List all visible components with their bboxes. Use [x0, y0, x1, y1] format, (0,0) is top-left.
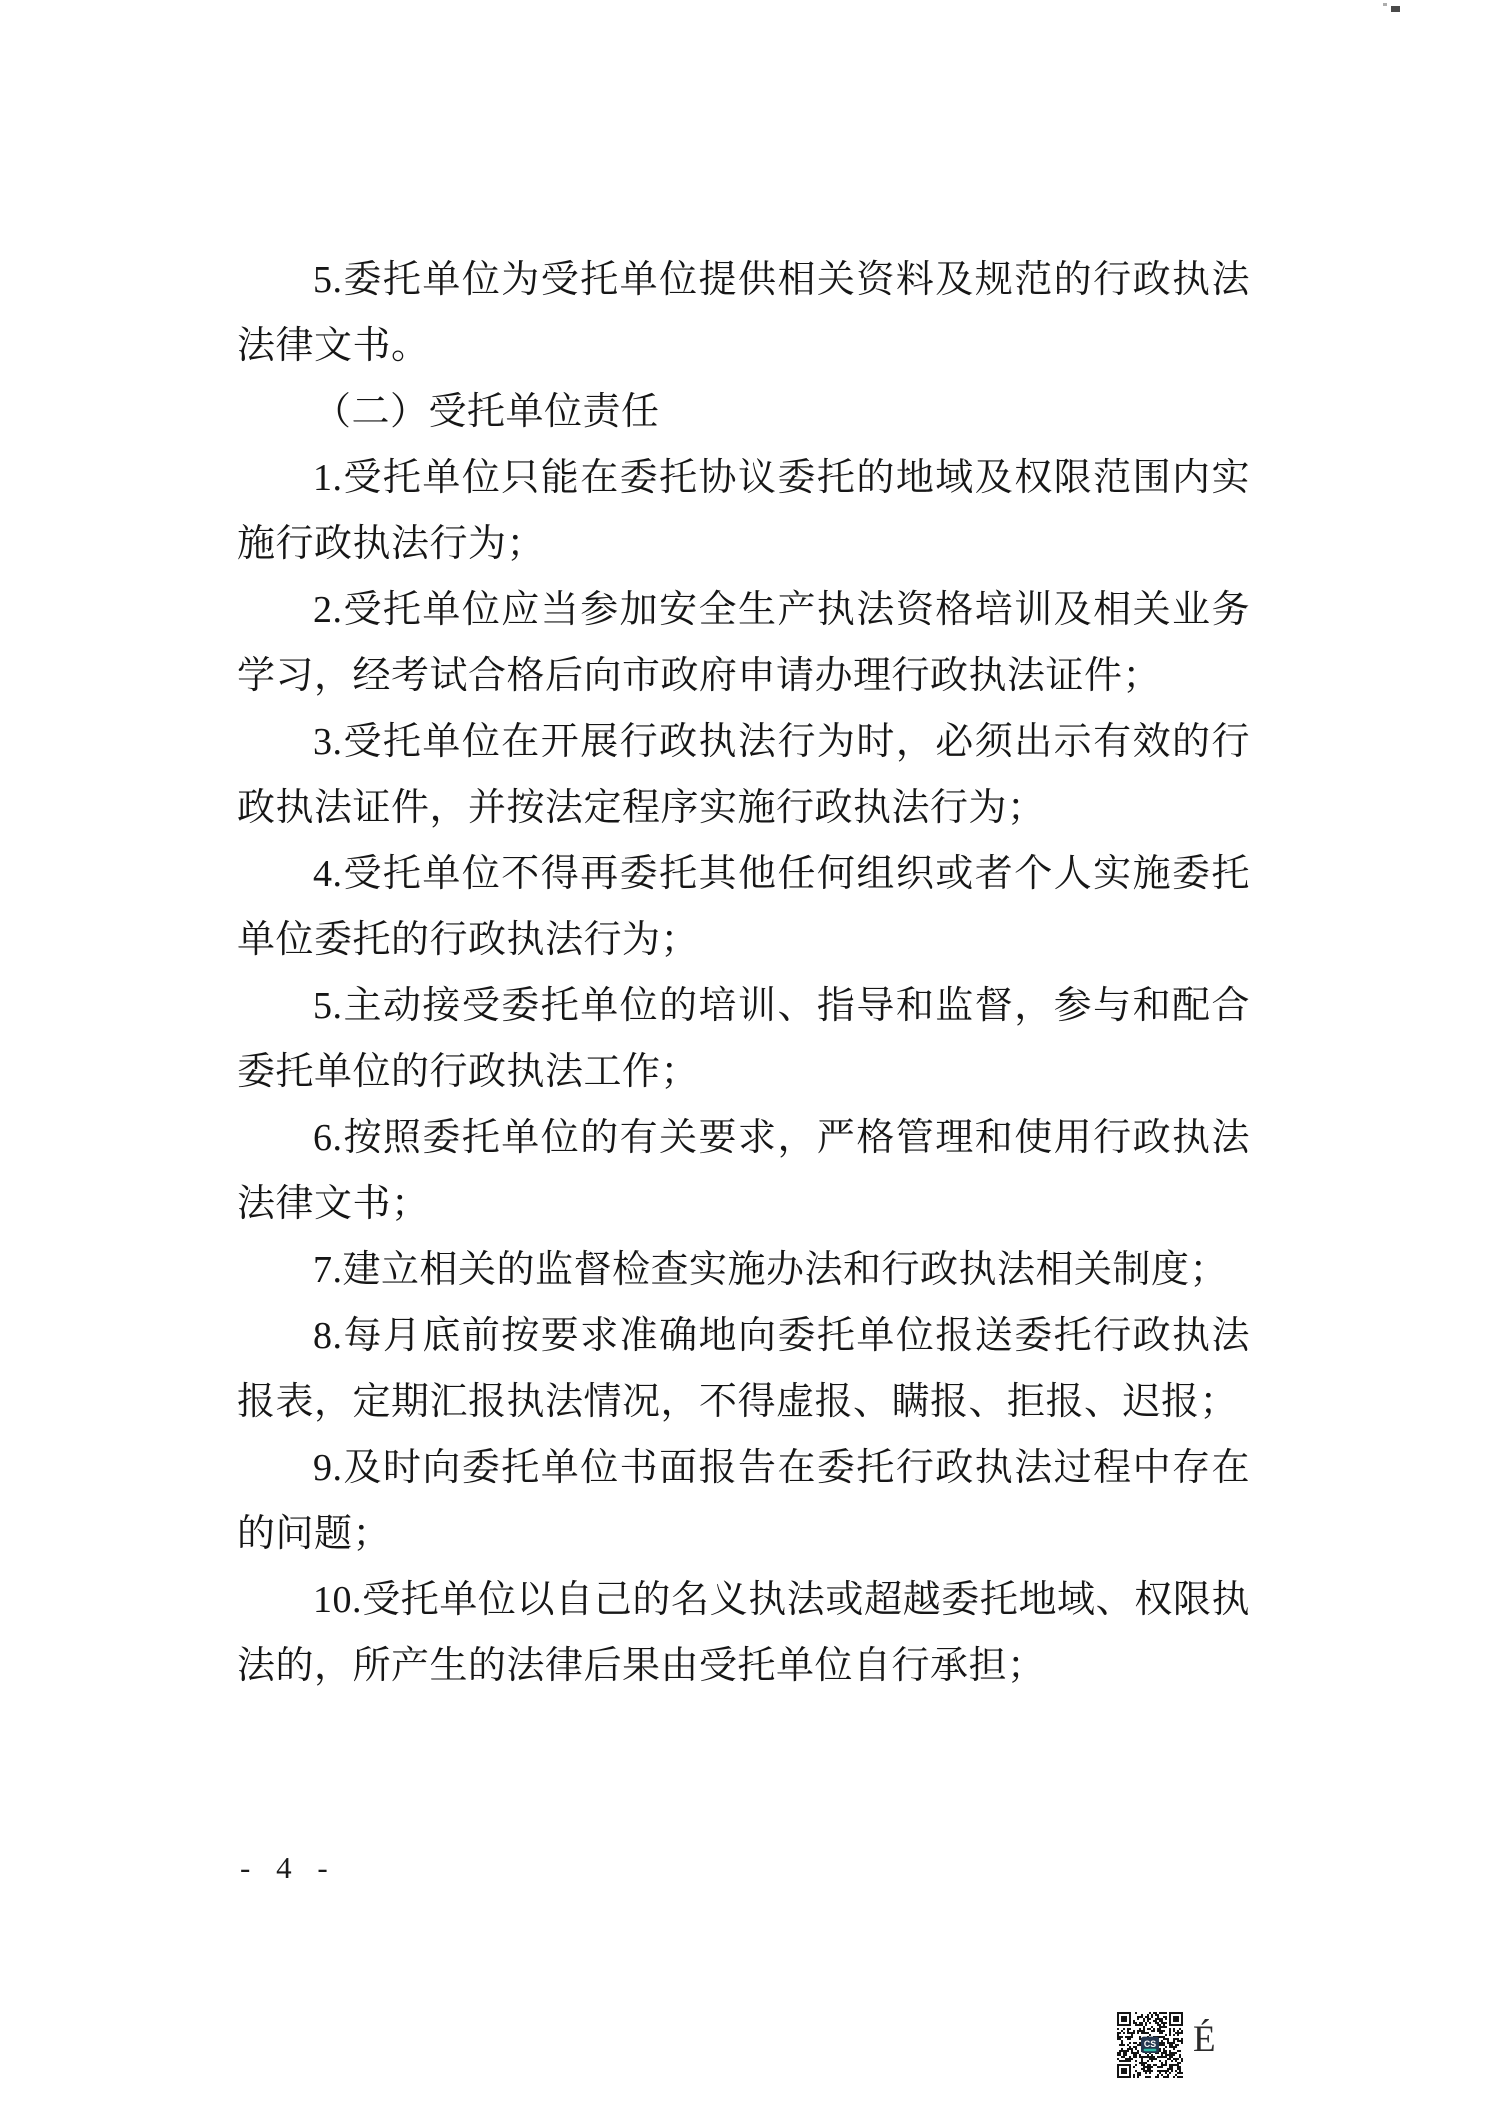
- paragraph-item-2: 2.受托单位应当参加安全生产执法资格培训及相关业务学习，经考试合格后向市政府申请…: [237, 577, 1250, 709]
- paragraph-item-10: 10.受托单位以自己的名义执法或超越委托地域、权限执法的，所产生的法律后果由受托…: [237, 1567, 1250, 1699]
- page-number: - 4 -: [240, 1850, 337, 1886]
- paragraph-item-8: 8.每月底前按要求准确地向委托单位报送委托行政执法报表，定期汇报执法情况，不得虚…: [237, 1303, 1250, 1435]
- scan-artifact-dot: [1383, 3, 1387, 6]
- scan-artifact-dot: [1391, 6, 1400, 12]
- paragraph-item-6: 6.按照委托单位的有关要求，严格管理和使用行政执法法律文书；: [237, 1105, 1250, 1237]
- qr-cs-badge: CS: [1141, 2037, 1159, 2053]
- qr-badge-label: CS: [1144, 2039, 1156, 2049]
- paragraph-5-entrusting-unit-duty: 5.委托单位为受托单位提供相关资料及规范的行政执法法律文书。: [237, 247, 1250, 379]
- section-heading-entrusted-unit-duty: （二）受托单位责任: [237, 379, 1250, 445]
- paragraph-item-7: 7.建立相关的监督检查实施办法和行政执法相关制度；: [237, 1237, 1250, 1303]
- qr-badge-accent-bar: [1144, 2049, 1157, 2051]
- paragraph-item-3: 3.受托单位在开展行政执法行为时，必须出示有效的行政执法证件，并按法定程序实施行…: [237, 709, 1250, 841]
- paragraph-item-9: 9.及时向委托单位书面报告在委托行政执法过程中存在的问题；: [237, 1435, 1250, 1567]
- paragraph-item-1: 1.受托单位只能在委托协议委托的地域及权限范围内实施行政执法行为；: [237, 445, 1250, 577]
- paragraph-item-5: 5.主动接受委托单位的培训、指导和监督，参与和配合委托单位的行政执法工作；: [237, 973, 1250, 1105]
- paragraph-item-4: 4.受托单位不得再委托其他任何组织或者个人实施委托单位委托的行政执法行为；: [237, 841, 1250, 973]
- stamp-character: É: [1193, 2020, 1216, 2060]
- document-page: 5.委托单位为受托单位提供相关资料及规范的行政执法法律文书。 （二）受托单位责任…: [0, 0, 1487, 2105]
- document-body: 5.委托单位为受托单位提供相关资料及规范的行政执法法律文书。 （二）受托单位责任…: [237, 247, 1250, 1699]
- qr-code: CS: [1117, 2012, 1183, 2078]
